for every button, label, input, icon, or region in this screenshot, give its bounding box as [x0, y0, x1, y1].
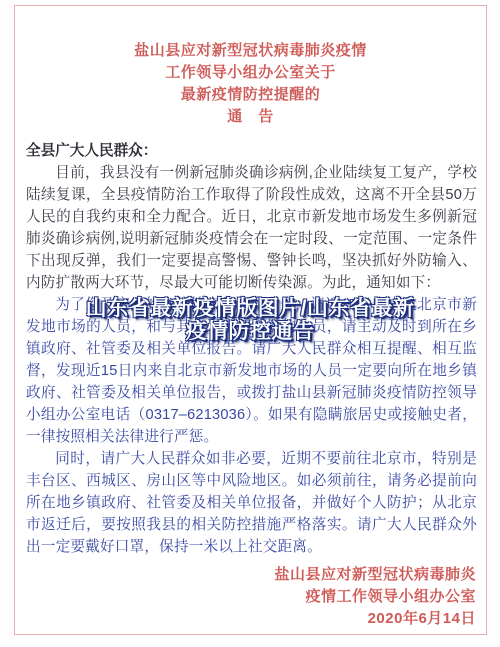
- notice-body: 全县广大人民群众： 目前，我县没有一例新冠肺炎确诊病例,企业陆续复工复产，学校陆…: [15, 140, 486, 558]
- notice-title-line-2: 工作领导小组办公室关于: [15, 62, 486, 84]
- signature-date: 2020年6月14日: [15, 608, 476, 630]
- notice-title: 盐山县应对新型冠状病毒肺炎疫情 工作领导小组办公室关于 最新疫情防控提醒的 通 …: [15, 40, 486, 128]
- notice-paragraph-2: 为了您及家人的身体健康和生命安全，请近15日内去过北京市新发地市场的人员，和与其…: [26, 294, 477, 448]
- notice-title-line-4: 通 告: [15, 106, 486, 128]
- notice-paragraph-3: 同时，请广大人民群众如非必要，近期不要前往北京市，特别是丰台区、西城区、房山区等…: [26, 448, 477, 558]
- notice-title-line-1: 盐山县应对新型冠状病毒肺炎疫情: [15, 40, 486, 62]
- signature-line-2: 疫情工作领导小组办公室: [15, 586, 476, 608]
- screenshot-stage: 盐山县应对新型冠状病毒肺炎疫情 工作领导小组办公室关于 最新疫情防控提醒的 通 …: [0, 0, 500, 647]
- notice-salutation: 全县广大人民群众：: [26, 140, 477, 162]
- notice-signature: 盐山县应对新型冠状病毒肺炎 疫情工作领导小组办公室 2020年6月14日: [15, 564, 486, 630]
- notice-paragraph-1: 目前，我县没有一例新冠肺炎确诊病例,企业陆续复工复产，学校陆续复课，全县疫情防治…: [26, 162, 477, 294]
- signature-line-1: 盐山县应对新型冠状病毒肺炎: [15, 564, 476, 586]
- notice-document: 盐山县应对新型冠状病毒肺炎疫情 工作领导小组办公室关于 最新疫情防控提醒的 通 …: [14, 5, 487, 635]
- notice-title-line-3: 最新疫情防控提醒的: [15, 84, 486, 106]
